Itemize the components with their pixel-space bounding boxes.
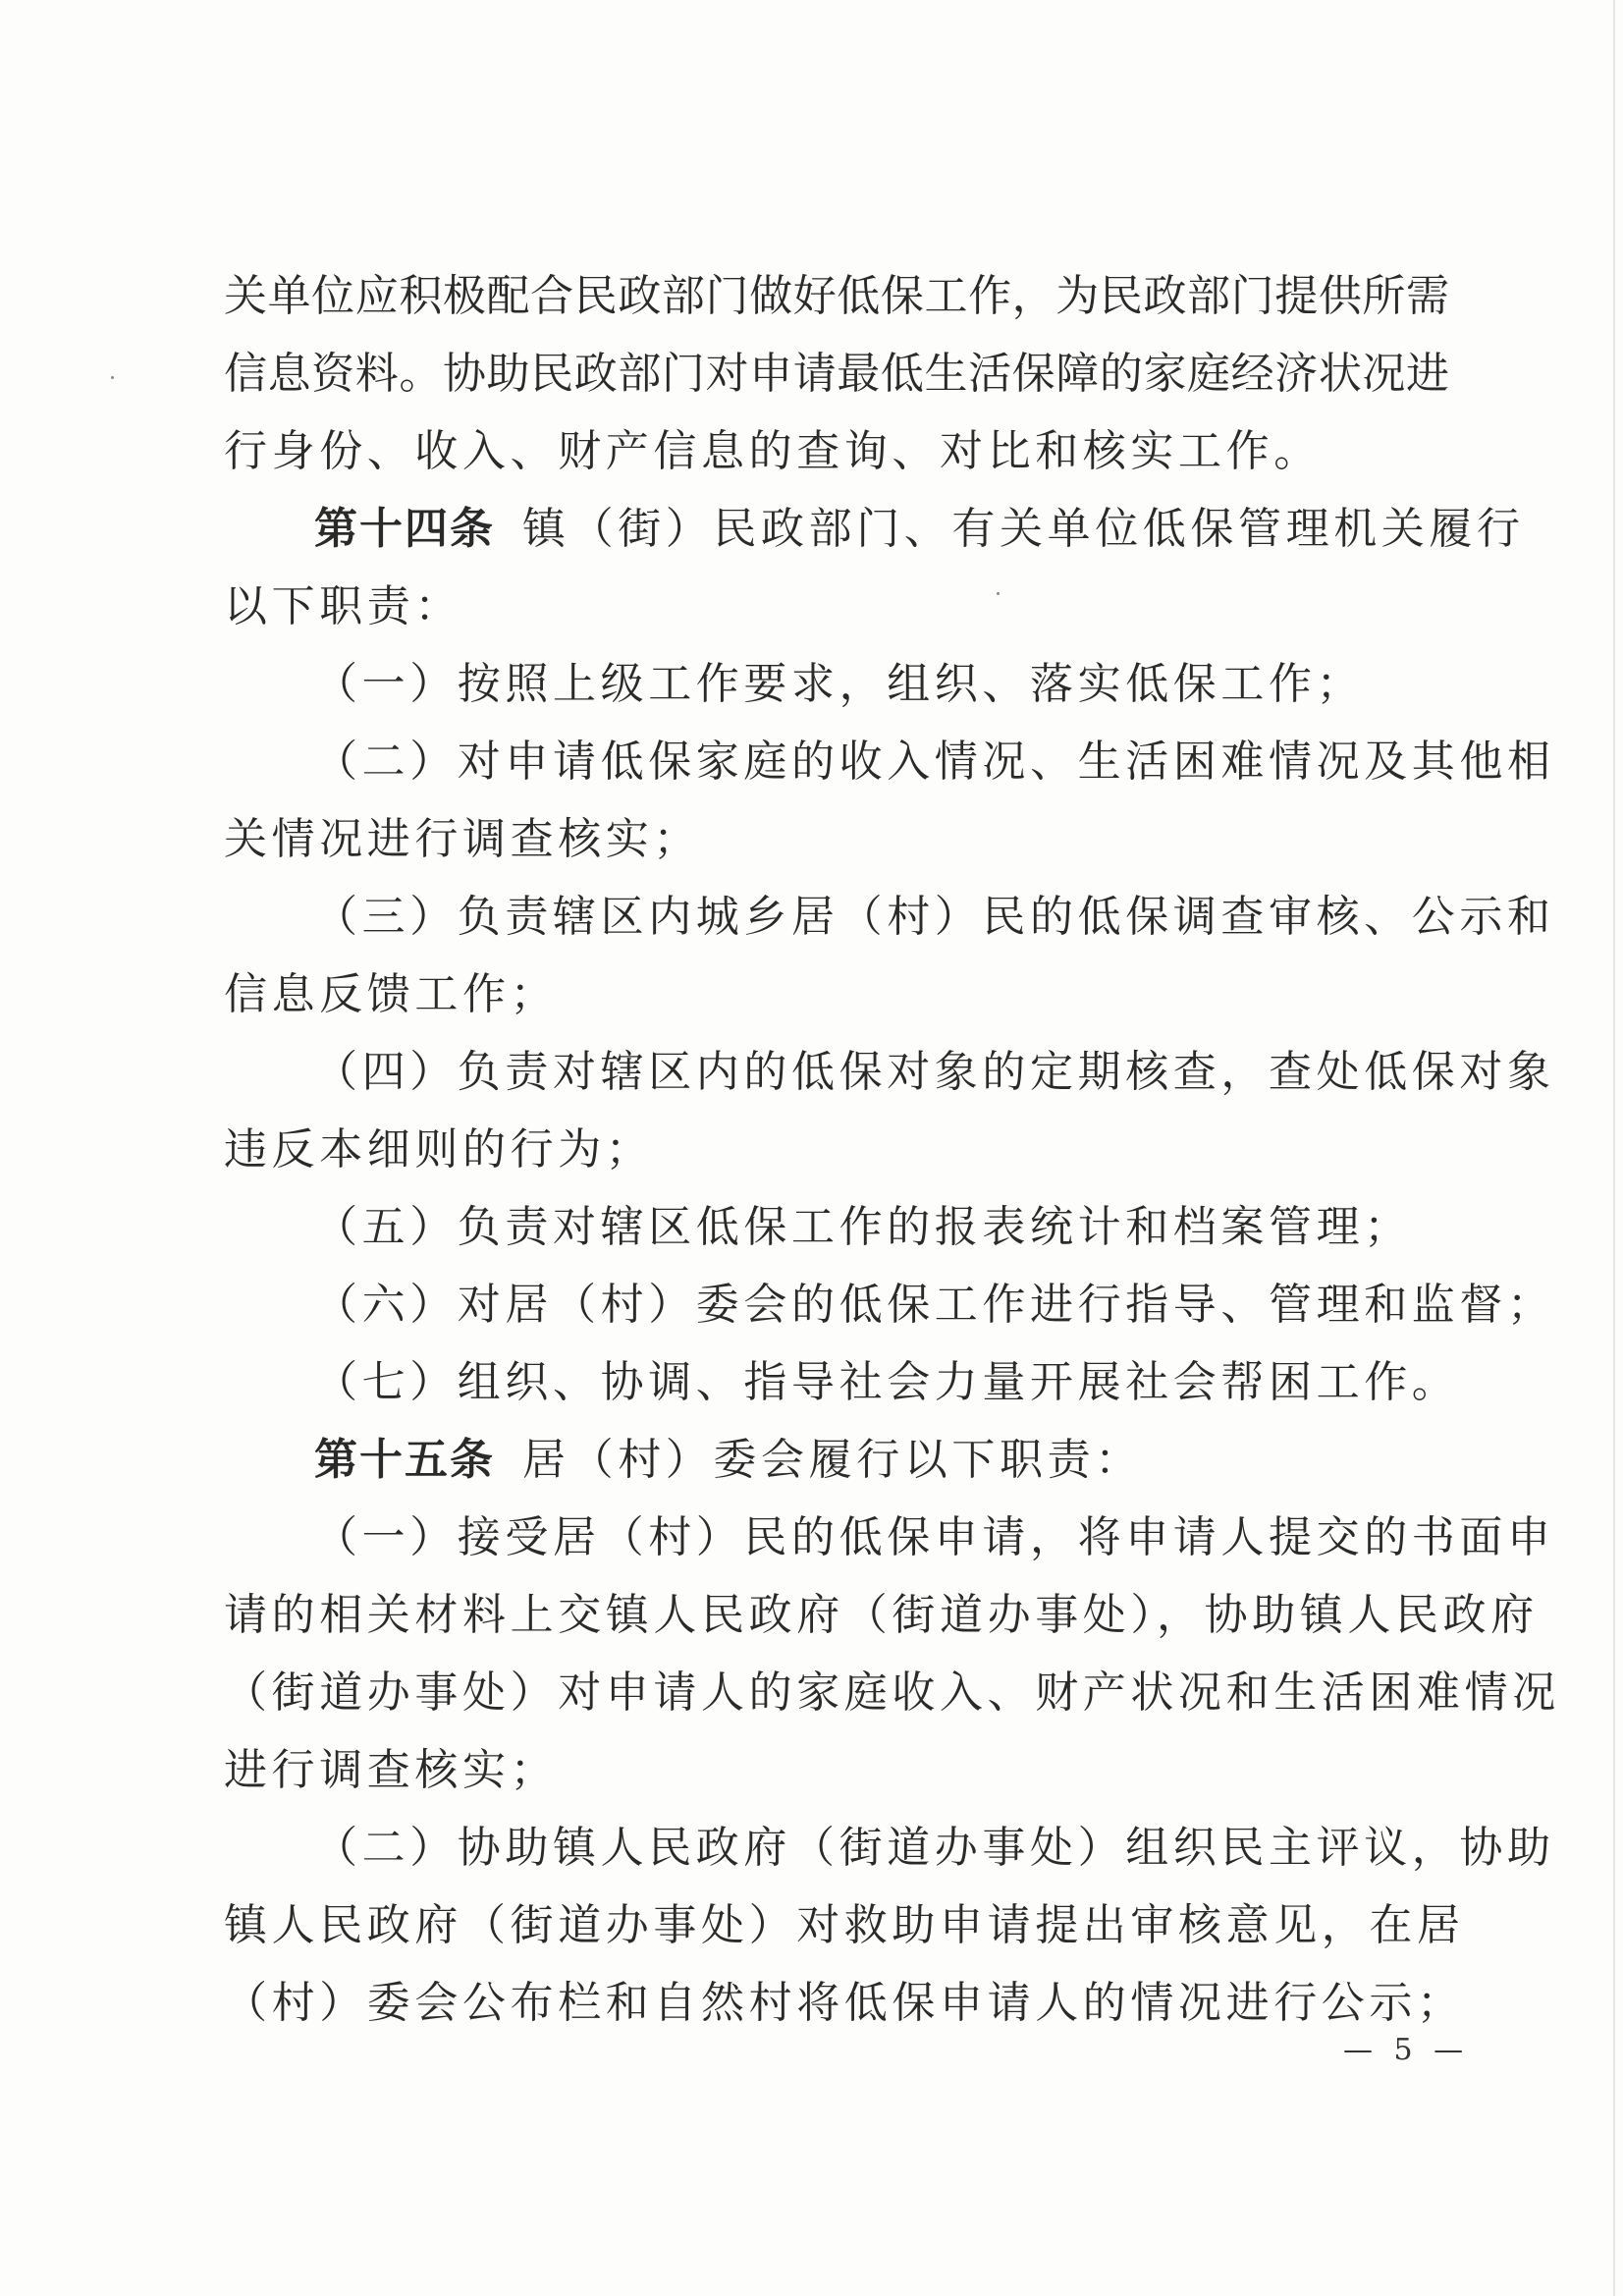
text-line: 镇人民政府（街道办事处）对救助申请提出审核意见，在居 [224, 1886, 1449, 1964]
text-line: 信息资料。协助民政部门对申请最低生活保障的家庭经济状况进 [224, 335, 1449, 412]
clause-14-4: （四）负责对辖区内的低保对象的定期核查，查处低保对象 违反本细则的行为； [224, 1033, 1449, 1188]
text-line: 第十五条居（村）委会履行以下职责： [224, 1421, 1449, 1499]
text-line: （二）协助镇人民政府（街道办事处）组织民主评议，协助 [224, 1809, 1449, 1886]
article-text: 镇（街）民政部门、有关单位低保管理机关履行 [522, 504, 1525, 554]
clause-15-1: （一）接受居（村）民的低保申请，将申请人提交的书面申 请的相关材料上交镇人民政府… [224, 1499, 1449, 1809]
scan-speck [111, 376, 114, 379]
text-line: （五）负责对辖区低保工作的报表统计和档案管理； [224, 1188, 1449, 1266]
text-line: 关单位应积极配合民政部门做好低保工作，为民政部门提供所需 [224, 257, 1449, 335]
text-line: （一）按照上级工作要求，组织、落实低保工作； [224, 645, 1449, 723]
text-line: （三）负责辖区内城乡居（村）民的低保调查审核、公示和 [224, 878, 1449, 956]
article-number: 第十四条 [314, 504, 495, 554]
text-line: 请的相关材料上交镇人民政府（街道办事处），协助镇人民政府 [224, 1576, 1449, 1654]
text-line: （二）对申请低保家庭的收入情况、生活困难情况及其他相 [224, 723, 1449, 800]
body-text: 关单位应积极配合民政部门做好低保工作，为民政部门提供所需 信息资料。协助民政部门… [224, 257, 1449, 2042]
clause-14-1: （一）按照上级工作要求，组织、落实低保工作； [224, 645, 1449, 723]
text-line: 以下职责： [224, 568, 1449, 645]
clause-14-6: （六）对居（村）委会的低保工作进行指导、管理和监督； [224, 1266, 1449, 1343]
text-line: （街道办事处）对申请人的家庭收入、财产状况和生活困难情况 [224, 1654, 1449, 1731]
clause-14-2: （二）对申请低保家庭的收入情况、生活困难情况及其他相 关情况进行调查核实； [224, 723, 1449, 878]
article-text: 居（村）委会履行以下职责： [522, 1435, 1143, 1485]
clause-14-5: （五）负责对辖区低保工作的报表统计和档案管理； [224, 1188, 1449, 1266]
article-number: 第十五条 [314, 1435, 495, 1485]
text-line: （一）接受居（村）民的低保申请，将申请人提交的书面申 [224, 1499, 1449, 1576]
text-line: （七）组织、协调、指导社会力量开展社会帮困工作。 [224, 1343, 1449, 1421]
scan-edge [1613, 0, 1615, 2296]
text-line: 第十四条镇（街）民政部门、有关单位低保管理机关履行 [224, 490, 1449, 568]
text-line: 信息反馈工作； [224, 956, 1449, 1033]
clause-15-2: （二）协助镇人民政府（街道办事处）组织民主评议，协助 镇人民政府（街道办事处）对… [224, 1809, 1449, 2042]
clause-14-7: （七）组织、协调、指导社会力量开展社会帮困工作。 [224, 1343, 1449, 1421]
text-line: （六）对居（村）委会的低保工作进行指导、管理和监督； [224, 1266, 1449, 1343]
text-line: 进行调查核实； [224, 1731, 1449, 1809]
document-page: 关单位应积极配合民政部门做好低保工作，为民政部门提供所需 信息资料。协助民政部门… [0, 0, 1623, 2296]
paragraph-article-13-tail: 关单位应积极配合民政部门做好低保工作，为民政部门提供所需 信息资料。协助民政部门… [224, 257, 1449, 490]
text-line: （四）负责对辖区内的低保对象的定期核查，查处低保对象 [224, 1033, 1449, 1111]
text-line: 关情况进行调查核实； [224, 800, 1449, 878]
text-line: （村）委会公布栏和自然村将低保申请人的情况进行公示； [224, 1964, 1449, 2042]
page-number: — 5 — [1343, 2033, 1469, 2067]
paragraph-article-14: 第十四条镇（街）民政部门、有关单位低保管理机关履行 以下职责： [224, 490, 1449, 645]
text-line: 违反本细则的行为； [224, 1111, 1449, 1188]
paragraph-article-15: 第十五条居（村）委会履行以下职责： [224, 1421, 1449, 1499]
clause-14-3: （三）负责辖区内城乡居（村）民的低保调查审核、公示和 信息反馈工作； [224, 878, 1449, 1033]
text-line: 行身份、收入、财产信息的查询、对比和核实工作。 [224, 412, 1449, 490]
